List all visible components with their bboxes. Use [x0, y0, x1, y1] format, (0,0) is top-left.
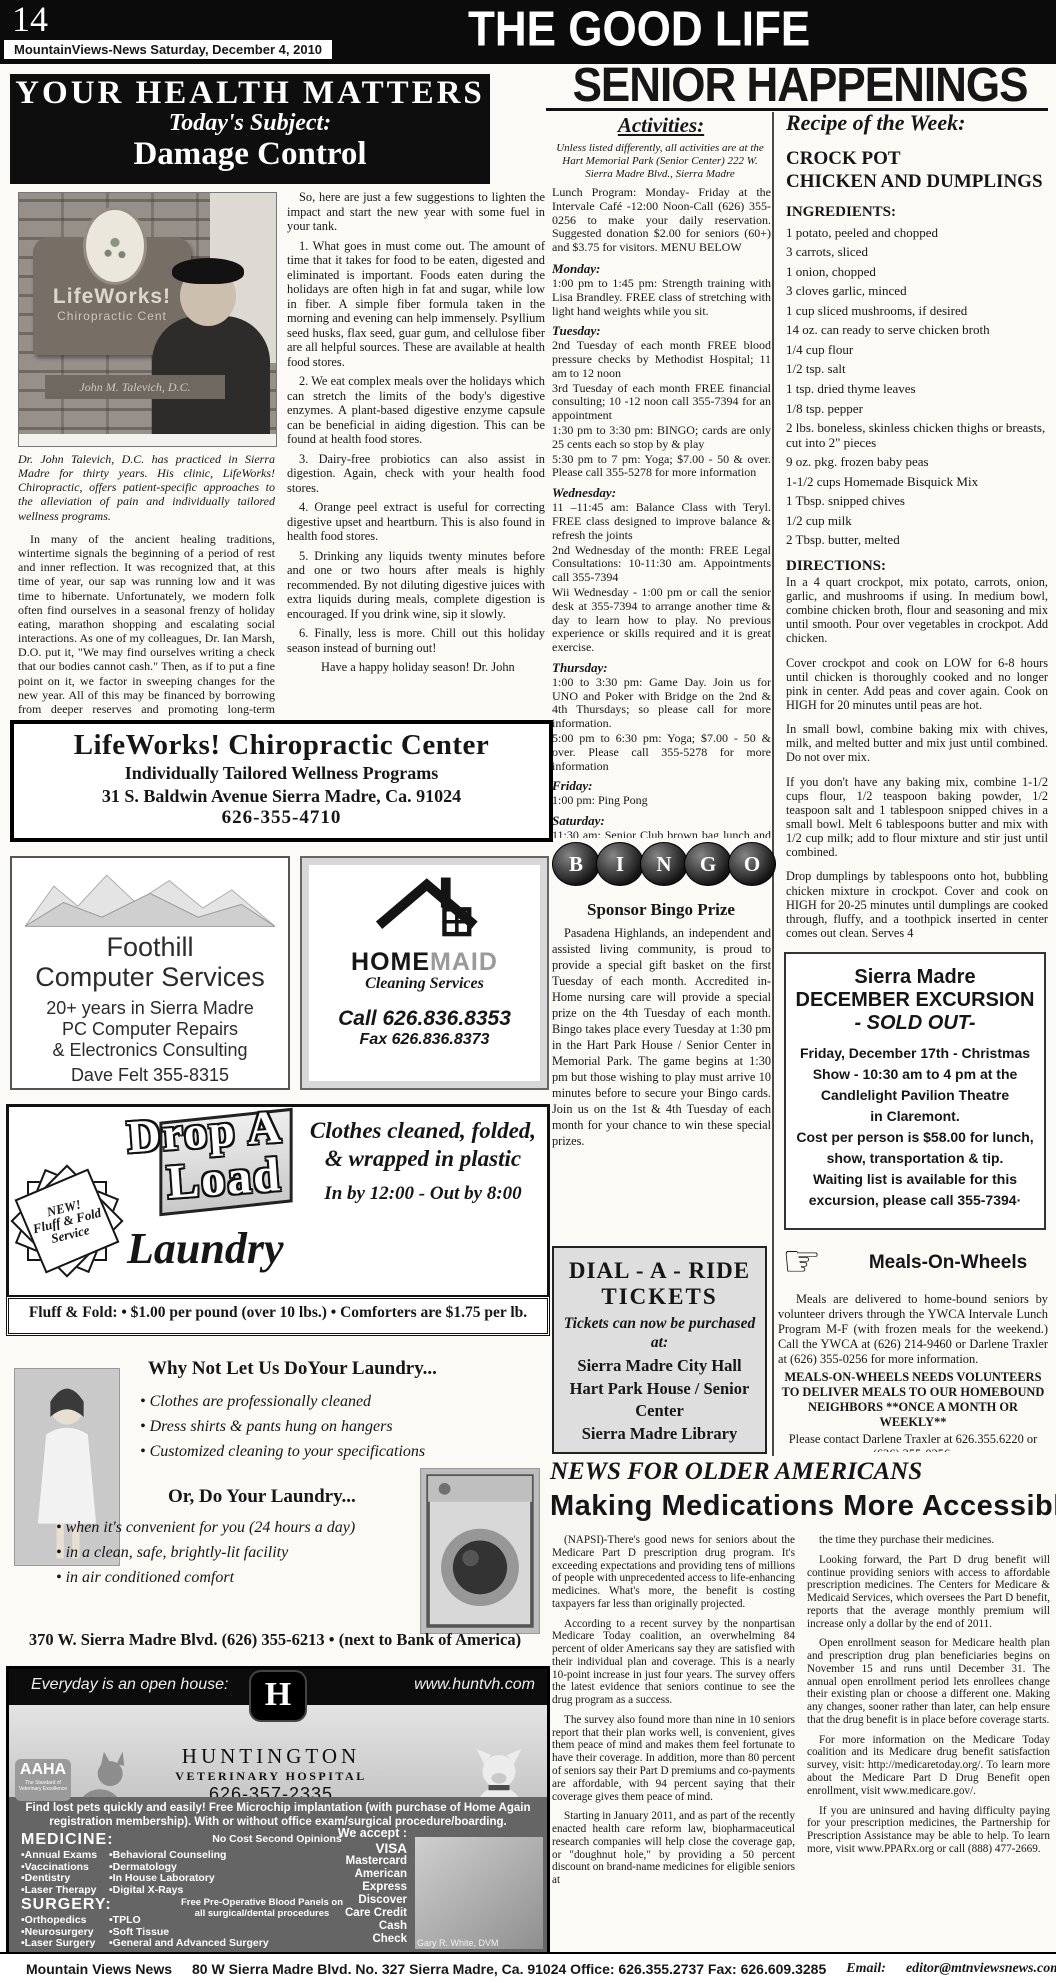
excursion-detail: show, transportation & tip. — [786, 1148, 1044, 1169]
volunteers-needed-text: MEALS-ON-WHEELS NEEDS VOLUNTEERS TO DELI… — [778, 1370, 1048, 1430]
bingo-ball: O — [728, 842, 776, 886]
excursion-detail: Friday, December 17th - Christmas — [786, 1043, 1044, 1064]
bingo-ball: I — [596, 842, 644, 886]
homemaid-tagline: Cleaning Services — [302, 975, 547, 993]
ingredient: 9 oz. pkg. frozen baby peas — [786, 455, 1048, 470]
footer-email: editor@mtnviewsnews.com — [906, 1961, 1056, 1977]
recipe-body: CROCK POT CHICKEN AND DUMPLINGS INGREDIE… — [786, 148, 1048, 948]
day-activity: 1:30 pm to 3:30 pm: BINGO; cards are onl… — [552, 424, 771, 452]
footer-email-label: Email: — [846, 1961, 886, 1977]
fluff-fold-price-bar: Fluff & Fold: • $1.00 per pound (over 10… — [6, 1296, 550, 1336]
day-activity: 2nd Tuesday of each month FREE blood pre… — [552, 339, 771, 380]
dial-a-ride-title: DIAL - A - RIDE — [554, 1258, 765, 1284]
doctor-cap — [172, 258, 244, 284]
ingredient: 1/4 cup flour — [786, 343, 1048, 358]
ingredient: 1-1/2 cups Homemade Bisquick Mix — [786, 475, 1048, 490]
bingo-ball: G — [684, 842, 732, 886]
day-activity: 1:00 to 3:30 pm: Game Day. Join us for U… — [552, 676, 771, 731]
surgery-list-a: •Orthopedics •Neurosurgery •Laser Surger… — [21, 1915, 95, 1950]
ingredient: 1 tsp. dried thyme leaves — [786, 382, 1048, 397]
directions-label: DIRECTIONS: — [786, 558, 1048, 575]
homemaid-phone: Call 626.836.8353 — [302, 1007, 547, 1031]
medicine-list-b: •Behavioral Counseling •Dermatology •In … — [109, 1850, 226, 1896]
laundry-why-bullets: • Clothes are professionally cleaned • D… — [140, 1390, 425, 1464]
day-label-friday: Friday: — [552, 779, 771, 794]
section-title: THE GOOD LIFE — [468, 2, 868, 58]
masthead-dateline: MountainViews-News Saturday, December 4,… — [4, 40, 332, 59]
or-bullet: • in air conditioned comfort — [56, 1566, 355, 1591]
recipe-title2: CHICKEN AND DUMPLINGS — [786, 171, 1048, 194]
photo-caption: Dr. John Talevich, D.C. has practiced in… — [18, 452, 275, 530]
footer-address: 80 W Sierra Madre Blvd. No. 327 Sierra M… — [192, 1961, 826, 1977]
medicine-label: MEDICINE: — [21, 1831, 114, 1849]
surgery-item: •Laser Surgery — [21, 1938, 95, 1950]
sign-nameplate: John M. Talevich, D.C. — [45, 375, 225, 399]
surgery-list-b: •TPLO •Soft Tissue •General and Advanced… — [109, 1915, 269, 1950]
ingredient: 1/2 tsp. salt — [786, 362, 1048, 377]
direction-step: In small bowl, combine baking mix with c… — [786, 722, 1048, 764]
day-activity: 3rd Tuesday of each month FREE financial… — [552, 382, 771, 423]
ingredient: 1 onion, chopped — [786, 265, 1048, 280]
house-icon — [360, 874, 490, 950]
day-activity: 1:00 pm to 1:45 pm: Strength training wi… — [552, 277, 771, 318]
day-activity: 5:00 pm to 6:30 pm: Yoga; $7.00 - 50 & o… — [552, 732, 771, 773]
aaha-subtext: The Standard of Veterinary Excellence — [15, 1781, 71, 1792]
day-label-monday: Monday: — [552, 262, 771, 277]
lifeworks-ad: LifeWorks! Chiropractic Center Individua… — [10, 720, 553, 842]
laundry-promise-text: Clothes cleaned, folded, & wrapped in pl… — [305, 1117, 541, 1173]
laundry-ad-header: Drop A Load Laundry NEW! Fluff & Fold Se… — [6, 1104, 550, 1298]
or-bullet: • when it's convenient for you (24 hours… — [56, 1516, 355, 1541]
medicine-list-a: •Annual Exams •Vaccinations •Dentistry •… — [21, 1850, 97, 1896]
why-bullet: • Dress shirts & pants hung on hangers — [140, 1415, 425, 1440]
bingo-graphic: B I N G O — [556, 842, 776, 886]
sign-line2: Chiropractic Cent — [33, 309, 191, 323]
sign-line1: LifeWorks! — [33, 285, 191, 309]
burst-text: NEW! Fluff & Fold Service — [6, 1160, 127, 1281]
vet-service-lists: MEDICINE: •Annual Exams •Vaccinations •D… — [9, 1797, 547, 1953]
veterinarian-name: Gary R. White, DVM — [417, 1938, 499, 1948]
new-service-burst: NEW! Fluff & Fold Service — [17, 1171, 117, 1271]
excursion-detail: Candlelight Pavilion Theatre — [786, 1085, 1044, 1106]
ticket-location: Hart Park House / Senior Center — [554, 1378, 765, 1421]
day-activity: 2nd Wednesday of the month: FREE Legal C… — [552, 544, 771, 585]
ingredient: 3 carrots, sliced — [786, 245, 1048, 260]
ingredients-label: INGREDIENTS: — [786, 204, 1048, 221]
day-label-saturday: Saturday: — [552, 814, 771, 829]
ingredient: 1 cup sliced mushrooms, if desired — [786, 304, 1048, 319]
ingredient: 3 cloves garlic, minced — [786, 284, 1048, 299]
page-banner: 14 THE GOOD LIFE MountainViews-News Satu… — [0, 0, 1056, 64]
veterinary-ad: Everyday is an open house: www.huntvh.co… — [6, 1666, 550, 1956]
foothill-years: 20+ years in Sierra Madre — [12, 998, 288, 1019]
payment-methods: We accept : VISA Mastercard American Exp… — [307, 1827, 407, 1946]
photo-bottom-strip — [19, 434, 276, 446]
news-column-2: the time they purchase their medicines. … — [807, 1534, 1050, 1950]
brand-maid: MAID — [430, 948, 498, 976]
direction-step: In a 4 quart crockpot, mix potato, carro… — [786, 575, 1048, 646]
page-footer: Mountain Views News 80 W Sierra Madre Bl… — [0, 1952, 1056, 1983]
laundry-address: 370 W. Sierra Madre Blvd. (626) 355-6213… — [6, 1630, 544, 1650]
news-paragraph: Open enrollment season for Medicare heal… — [807, 1637, 1050, 1726]
homemaid-fax: Fax 626.836.8373 — [302, 1031, 547, 1049]
accept-label: We accept : — [307, 1827, 407, 1840]
ingredient: 14 oz. can ready to serve chicken broth — [786, 323, 1048, 338]
health-column-header: YOUR HEALTH MATTERS Today's Subject: Dam… — [10, 74, 490, 184]
vet-name: HUNTINGTON — [121, 1744, 421, 1769]
news-paragraph: According to a recent survey by the nonp… — [552, 1618, 795, 1707]
why-bullet: • Customized cleaning to your specificat… — [140, 1440, 425, 1465]
or-bullet: • in a clean, safe, brightly-lit facilit… — [56, 1541, 355, 1566]
column-divider — [772, 112, 774, 1456]
day-label-wednesday: Wednesday: — [552, 486, 771, 501]
direction-step: Cover crockpot and cook on LOW for 6-8 h… — [786, 656, 1048, 713]
foothill-name: Foothill — [12, 932, 288, 962]
washer-photo — [420, 1468, 540, 1634]
lifeworks-ad-address: 31 S. Baldwin Avenue Sierra Madre, Ca. 9… — [14, 785, 549, 808]
vet-website: www.huntvh.com — [414, 1676, 535, 1694]
direction-step: Drop dumplings by tablespoons onto hot, … — [786, 869, 1048, 940]
news-article: (NAPSI)-There's good news for seniors ab… — [552, 1534, 1050, 1950]
page-number: 14 — [12, 0, 48, 40]
lifeworks-ad-phone: 626-355-4710 — [14, 807, 549, 829]
ticket-location: Sierra Madre Library — [554, 1423, 765, 1444]
news-paragraph: (NAPSI)-There's good news for seniors ab… — [552, 1534, 795, 1611]
medicine-item: •Annual Exams — [21, 1850, 97, 1862]
sponsor-bingo-text: Pasadena Highlands, an independent and a… — [552, 926, 771, 1232]
foothill-name2: Computer Services — [12, 962, 288, 992]
activities-heading: Activities: — [552, 113, 770, 138]
medicine-item: •Dentistry — [21, 1873, 97, 1885]
ingredient: 2 lbs. boneless, skinless chicken thighs… — [786, 421, 1048, 450]
health-intro-paragraph: In many of the ancient healing tradition… — [18, 532, 275, 718]
laundry-hours: In by 12:00 - Out by 8:00 — [305, 1183, 541, 1205]
news-paragraph: For more information on the Medicare Tod… — [807, 1734, 1050, 1798]
article-paragraph: So, here are just a few suggestions to l… — [287, 190, 545, 234]
medicine-item: •Digital X-Rays — [109, 1885, 226, 1897]
news-paragraph: Looking forward, the Part D drug benefit… — [807, 1554, 1050, 1631]
surgery-item: •Orthopedics — [21, 1915, 95, 1927]
vet-services-panel: Find lost pets quickly and easily! Free … — [9, 1797, 547, 1953]
day-label-thursday: Thursday: — [552, 661, 771, 676]
why-bullet: • Clothes are professionally cleaned — [140, 1390, 425, 1415]
health-article-column: So, here are just a few suggestions to l… — [287, 190, 545, 714]
medicine-item: •Behavioral Counseling — [109, 1850, 226, 1862]
meals-paragraph: Meals are delivered to home-bound senior… — [778, 1292, 1048, 1366]
activities-schedule: Lunch Program: Monday- Friday at the Int… — [552, 186, 771, 838]
news-kicker: NEWS FOR OLDER AMERICANS — [550, 1458, 922, 1486]
article-paragraph: 2. We eat complex meals over the holiday… — [287, 374, 545, 447]
medicine-item: •In House Laboratory — [109, 1873, 226, 1885]
news-paragraph: Starting in January 2011, and as part of… — [552, 1810, 795, 1887]
day-activity: 5:30 pm to 7 pm: Yoga; $7.00 - 50 & over… — [552, 453, 771, 481]
ingredient: 1 Tbsp. snipped chives — [786, 494, 1048, 509]
excursion-detail: Cost per person is $58.00 for lunch, — [786, 1127, 1044, 1148]
bingo-ball: N — [640, 842, 688, 886]
ingredient: 1 potato, peeled and chopped — [786, 226, 1048, 241]
lifeworks-ad-line: Individually Tailored Wellness Programs — [14, 762, 549, 785]
article-paragraph: 5. Drinking any liquids twenty minutes b… — [287, 549, 545, 622]
day-activity: 1:00 pm: Ping Pong — [552, 794, 771, 808]
meals-on-wheels-text: Meals are delivered to home-bound senior… — [778, 1292, 1048, 1452]
excursion-detail: Waiting list is available for this — [786, 1169, 1044, 1190]
health-subject: Damage Control — [10, 136, 490, 172]
payment-item: Care Credit — [307, 1907, 407, 1920]
day-activity: Wii Wednesday - 1:00 pm or call the seni… — [552, 586, 771, 655]
tickets-title: TICKETS — [554, 1284, 765, 1310]
medicine-item: •Laser Therapy — [21, 1885, 97, 1897]
day-activity: 11 –11:45 am: Balance Class with Teryl. … — [552, 501, 771, 542]
excursion-detail: in Claremont. — [786, 1106, 1044, 1127]
sign-flower-oval — [83, 207, 147, 285]
ingredient: 1/2 cup milk — [786, 514, 1048, 529]
meals-contact: Please contact Darlene Traxler at 626.35… — [778, 1432, 1048, 1452]
activities-note: Unless listed differently, all activitie… — [550, 142, 770, 182]
vet-name2: VETERINARY HOSPITAL — [121, 1769, 421, 1784]
laundry-or-heading: Or, Do Your Laundry... — [168, 1486, 356, 1508]
health-kicker: YOUR HEALTH MATTERS — [10, 76, 490, 111]
ingredient: 1/8 tsp. pepper — [786, 402, 1048, 417]
news-paragraph: The survey also found more than nine in … — [552, 1714, 795, 1803]
laundry-brand-line2: Load — [165, 1147, 283, 1210]
homemaid-ad: HOMEMAID Cleaning Services Call 626.836.… — [300, 856, 549, 1090]
news-column-1: (NAPSI)-There's good news for seniors ab… — [552, 1534, 795, 1950]
ingredients-list: 1 potato, peeled and chopped 3 carrots, … — [786, 226, 1048, 548]
payment-item: Cash — [307, 1920, 407, 1933]
article-paragraph: 1. What goes in must come out. The amoun… — [287, 239, 545, 370]
article-paragraph: 4. Orange peel extract is useful for cor… — [287, 500, 545, 544]
hospital-logo: H — [251, 1672, 305, 1720]
payment-item: Check — [307, 1933, 407, 1946]
ingredient: 2 Tbsp. butter, melted — [786, 533, 1048, 548]
aaha-logo: AAHA The Standard of Veterinary Excellen… — [15, 1759, 71, 1801]
recipe-title1: CROCK POT — [786, 148, 1048, 171]
aaha-text: AAHA — [15, 1759, 71, 1781]
news-paragraph: If you are uninsured and having difficul… — [807, 1805, 1050, 1856]
washer-image — [421, 1469, 539, 1633]
laundry-promise: Clothes cleaned, folded, & wrapped in pl… — [305, 1117, 541, 1205]
health-subject-label: Today's Subject: — [10, 111, 490, 136]
mountain-graphic — [25, 866, 275, 930]
footer-paper-name: Mountain Views News — [26, 1961, 172, 1977]
homemaid-brand: HOMEMAID — [302, 950, 547, 975]
lunch-program: Lunch Program: Monday- Friday at the Int… — [552, 186, 771, 255]
sponsor-bingo-heading: Sponsor Bingo Prize — [552, 900, 770, 920]
foothill-contact: Dave Felt 355-8315 — [12, 1065, 288, 1086]
article-paragraph: 6. Finally, less is more. Chill out this… — [287, 626, 545, 655]
day-label-tuesday: Tuesday: — [552, 324, 771, 339]
brand-home: HOME — [351, 948, 430, 976]
open-house-text: Everyday is an open house: — [31, 1676, 228, 1694]
dial-a-ride-box: DIAL - A - RIDE TICKETS Tickets can now … — [552, 1246, 767, 1454]
laundry-brand-line3: Laundry — [127, 1223, 283, 1274]
pointing-hand-icon: ☞ — [782, 1240, 821, 1284]
excursion-city: Sierra Madre — [786, 966, 1044, 989]
excursion-detail: Show - 10:30 am to 4 pm at the — [786, 1064, 1044, 1085]
surgery-item: •General and Advanced Surgery — [109, 1938, 269, 1950]
direction-step: If you don't have any baking mix, combin… — [786, 775, 1048, 860]
news-paragraph: the time they purchase their medicines. — [807, 1534, 1050, 1547]
payment-item: American Express — [307, 1868, 407, 1894]
article-signoff: Have a happy holiday season! Dr. John — [287, 660, 545, 675]
payment-item: VISA — [307, 1842, 407, 1855]
foothill-service2: & Electronics Consulting — [12, 1040, 288, 1061]
laundry-why-heading: Why Not Let Us DoYour Laundry... — [148, 1358, 437, 1380]
december-excursion-box: Sierra Madre DECEMBER EXCURSION - SOLD O… — [784, 952, 1046, 1230]
ticket-location: Sierra Madre City Hall — [554, 1355, 765, 1376]
veterinarian-photo: Gary R. White, DVM — [415, 1837, 543, 1949]
excursion-title: DECEMBER EXCURSION — [786, 989, 1044, 1012]
excursion-detail: excursion, please call 355-7394· — [786, 1190, 1044, 1211]
payment-item: Mastercard — [307, 1855, 407, 1868]
article-paragraph: 3. Dairy-free probiotics can also assist… — [287, 452, 545, 496]
foothill-service1: PC Computer Repairs — [12, 1019, 288, 1040]
surgery-label: SURGERY: — [21, 1896, 112, 1914]
payment-item: Discover — [307, 1894, 407, 1907]
day-activity: 11:30 am: Senior Club brown bag lunch an… — [552, 829, 771, 838]
lifeworks-ad-title: LifeWorks! Chiropractic Center — [14, 729, 549, 762]
foothill-computer-ad: Foothill Computer Services 20+ years in … — [10, 856, 290, 1090]
meals-on-wheels-heading: Meals-On-Wheels — [848, 1252, 1048, 1274]
doctor-photo: LifeWorks! Chiropractic Cent John M. Tal… — [18, 192, 277, 447]
senior-happenings-title: SENIOR HAPPENINGS — [552, 58, 1048, 113]
news-headline: Making Medications More Accessible — [550, 1490, 1050, 1523]
tickets-subtitle: Tickets can now be purchased at: — [554, 1314, 765, 1353]
sold-out-label: - SOLD OUT- — [786, 1012, 1044, 1035]
recipe-heading: Recipe of the Week: — [786, 110, 1048, 136]
laundry-or-bullets: • when it's convenient for you (24 hours… — [56, 1516, 355, 1590]
directions-list: In a 4 quart crockpot, mix potato, carro… — [786, 575, 1048, 940]
bingo-ball: B — [552, 842, 600, 886]
newspaper-page: 14 THE GOOD LIFE MountainViews-News Satu… — [0, 0, 1056, 1983]
